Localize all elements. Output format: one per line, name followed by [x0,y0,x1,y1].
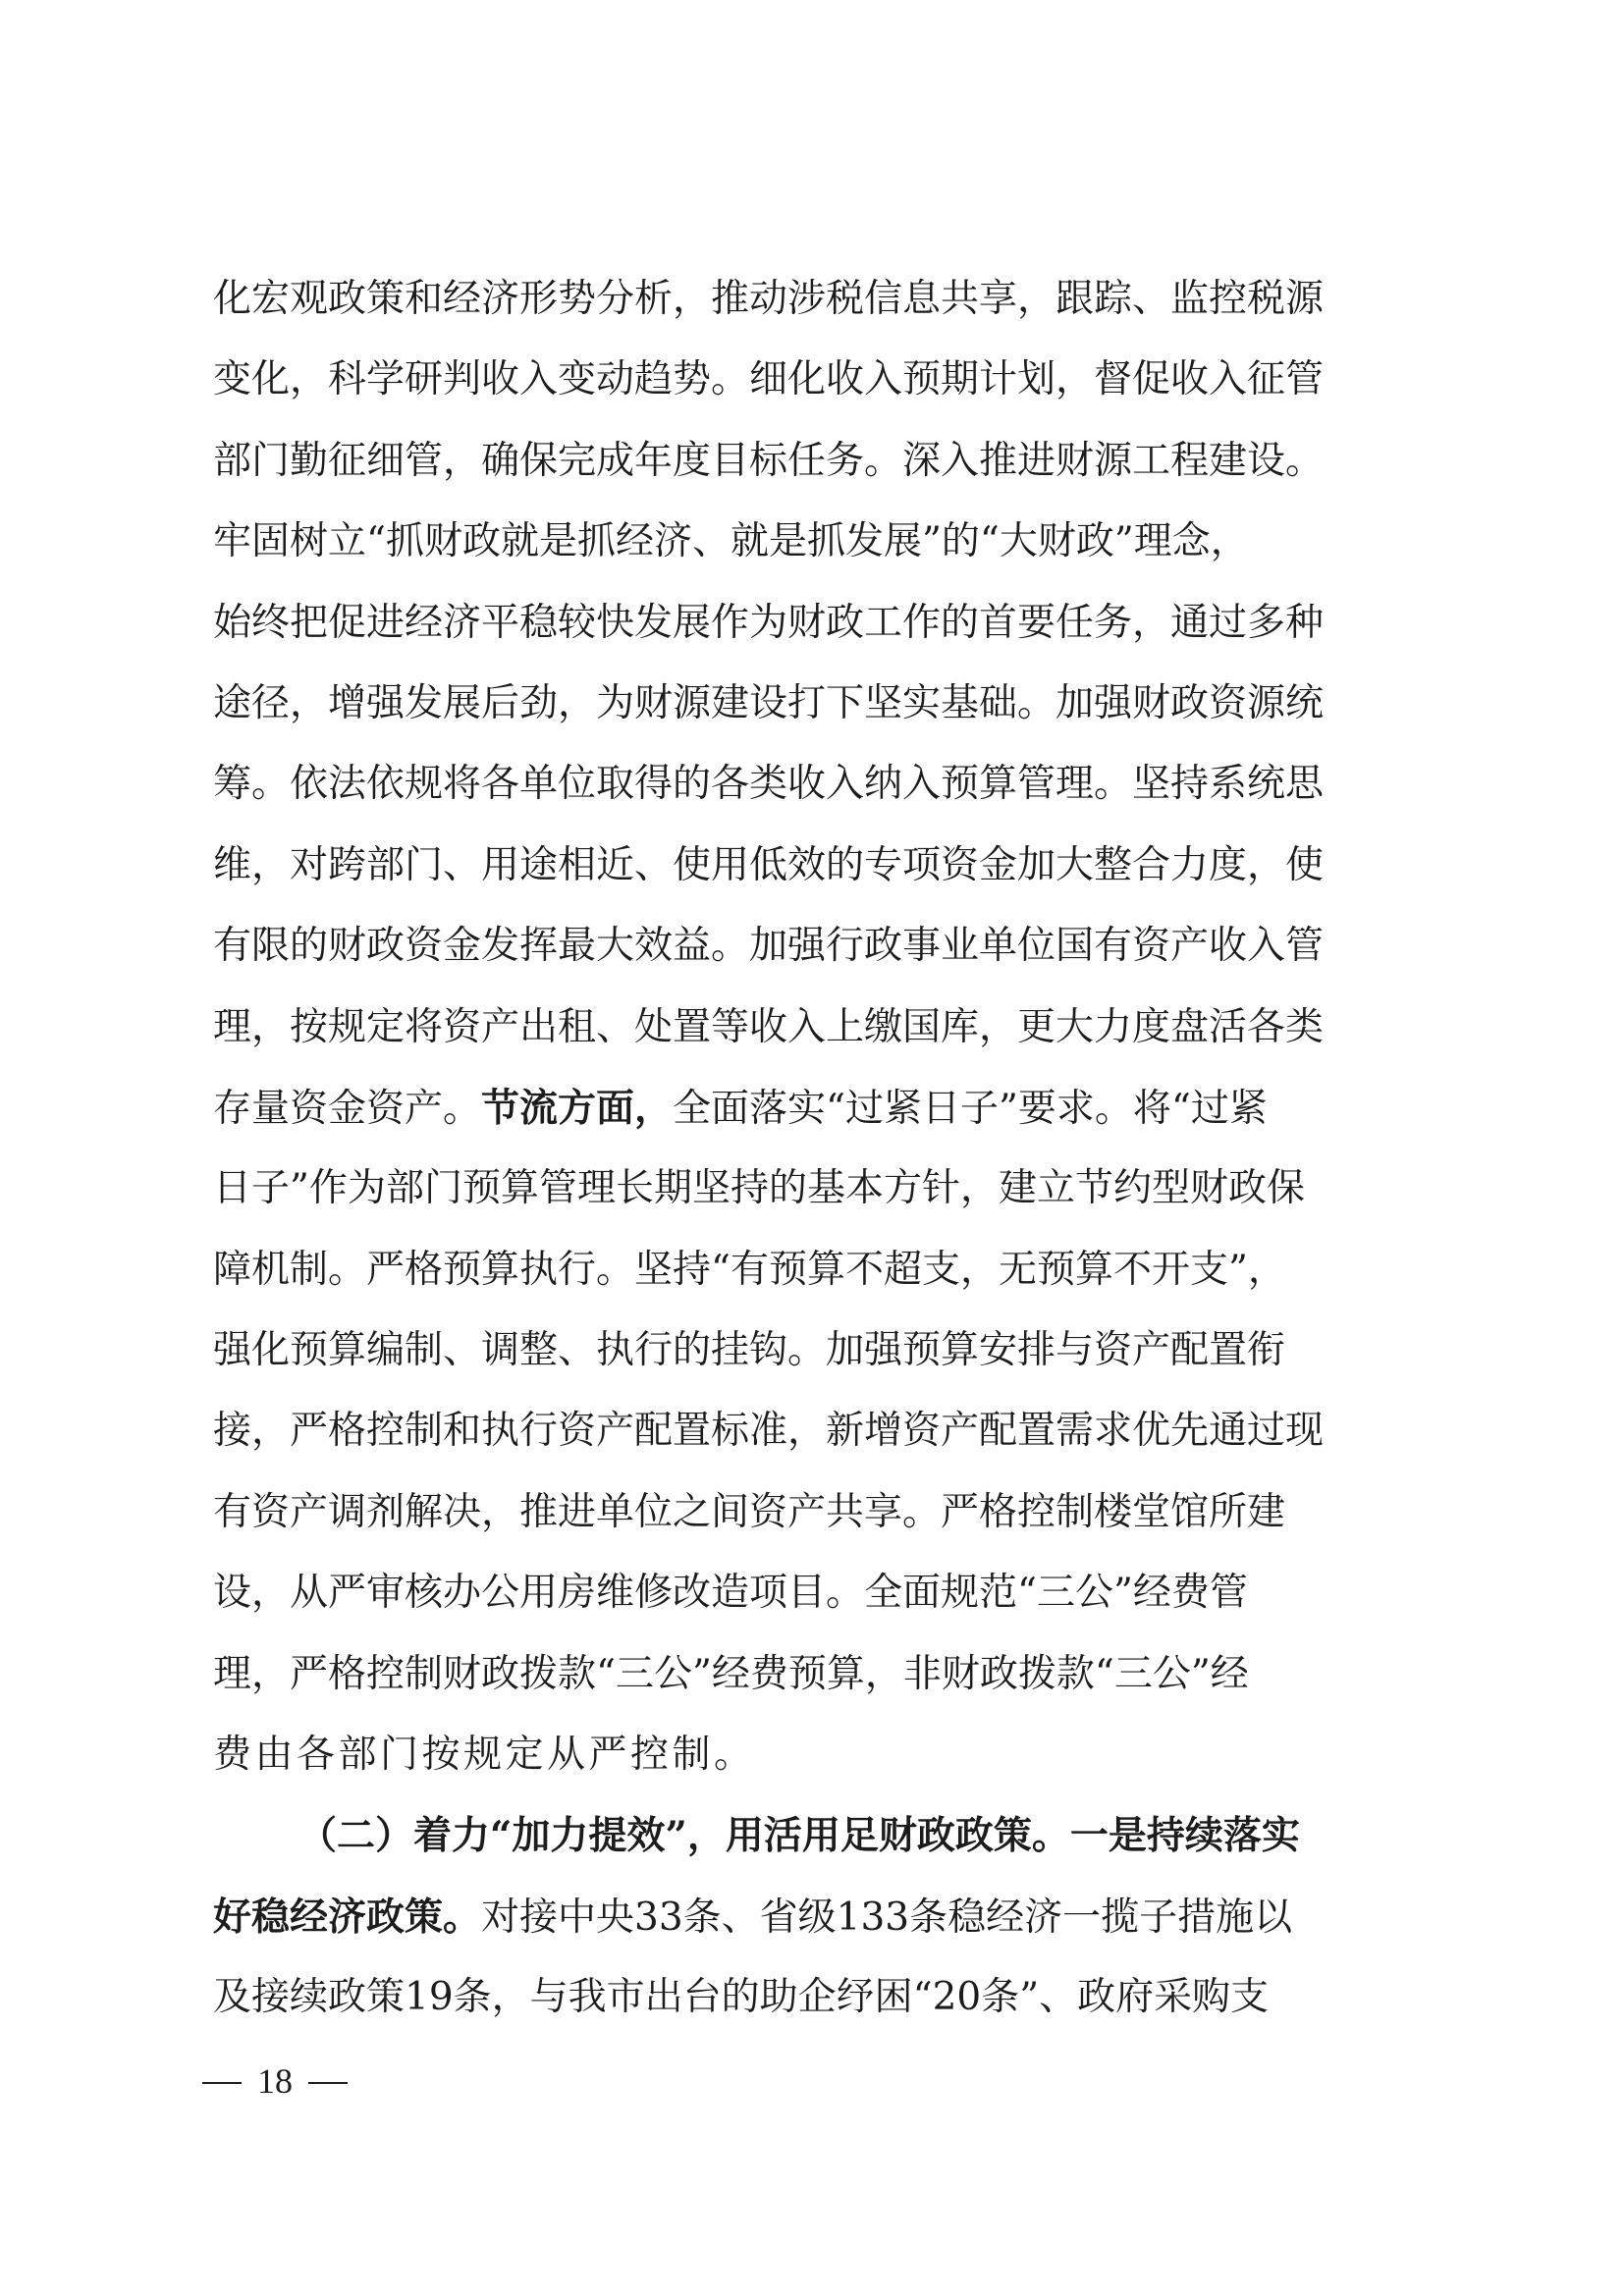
text-segment: 化宏观政策和经济形势分析，推动涉税信息共享，跟踪、监控税源 [213,277,1324,321]
text-segment: 日子”作为部门预算管理长期坚持的基本方针，建立节约型财政保 [213,1166,1305,1210]
text-line: 理，按规定将资产出租、处置等收入上缴国库，更大力度盘活各类 [213,988,1411,1068]
text-line: 筹。依法依规将各单位取得的各类收入纳入预算管理。坚持系统思 [213,744,1411,825]
text-segment: 部门勤征细管，确保完成年度目标任务。深入推进财源工程建设。 [213,439,1324,483]
text-segment: 全面落实“过紧日子”要求。将“过紧 [673,1087,1268,1131]
page-number: 18 [202,2059,348,2103]
page-number-value: 18 [257,2059,293,2103]
text-segment: 途径，增强发展后劲，为财源建设打下坚实基础。加强财政资源统 [213,681,1324,725]
document-page: 化宏观政策和经济形势分析，推动涉税信息共享，跟踪、监控税源 变化，科学研判收入变… [0,0,1624,2296]
text-line: 有限的财政资金发挥最大效益。加强行政事业单位国有资产收入管 [213,906,1411,987]
text-line: 日子”作为部门预算管理长期坚持的基本方针，建立节约型财政保 [213,1148,1411,1229]
page-number-dash-left [202,2082,242,2084]
text-segment: 费由各部门按规定从严控制。 [213,1733,756,1777]
text-segment: 设，从严审核办公用房维修改造项目。全面规范“三公”经费管 [213,1571,1248,1615]
text-line: 及接续政策19条，与我市出台的助企纾困“20条”、政府采购支 [213,1957,1411,2038]
text-line: 部门勤征细管，确保完成年度目标任务。深入推进财源工程建设。 [213,421,1411,502]
section-heading: （二）着力“加力提效”，用活用足财政政策。一是持续落实 [298,1813,1300,1858]
text-segment: 障机制。严格预算执行。坚持“有预算不超支，无预算不开支”， [213,1248,1286,1292]
text-line: 途径，增强发展后劲，为财源建设打下坚实基础。加强财政资源统 [213,664,1411,744]
bold-heading-segment: 节流方面， [481,1086,673,1131]
text-line: 变化，科学研判收入变动趋势。细化收入预期计划，督促收入征管 [213,340,1411,420]
text-segment: 存量资金资产。 [213,1087,481,1131]
text-line: 理，严格控制财政拨款“三公”经费预算，非财政拨款“三公”经 [213,1634,1411,1715]
text-line: 设，从严审核办公用房维修改造项目。全面规范“三公”经费管 [213,1553,1411,1633]
section-heading-line: （二）着力“加力提效”，用活用足财政政策。一是持续落实 [213,1795,1411,1876]
text-segment: 有资产调剂解决，推进单位之间资产共享。严格控制楼堂馆所建 [213,1490,1285,1534]
text-segment: 及接续政策19条，与我市出台的助企纾困“20条”、政府采购支 [213,1975,1269,2019]
bold-heading-segment: 好稳经济政策。 [213,1895,481,1940]
text-segment: 变化，科学研判收入变动趋势。细化收入预期计划，督促收入征管 [213,357,1324,401]
text-segment: 理，严格控制财政拨款“三公”经费预算，非财政拨款“三公”经 [213,1652,1249,1696]
text-segment: 有限的财政资金发挥最大效益。加强行政事业单位国有资产收入管 [213,924,1324,968]
text-segment: 始终把促进经济平稳较快发展作为财政工作的首要任务，通过多种 [213,601,1324,645]
text-line: 障机制。严格预算执行。坚持“有预算不超支，无预算不开支”， [213,1230,1411,1310]
text-line: 化宏观政策和经济形势分析，推动涉税信息共享，跟踪、监控税源 [213,259,1411,340]
body-text: 化宏观政策和经济形势分析，推动涉税信息共享，跟踪、监控税源 变化，科学研判收入变… [213,259,1411,2039]
text-line: 存量资金资产。节流方面，全面落实“过紧日子”要求。将“过紧 [213,1068,1411,1148]
text-segment: 维，对跨部门、用途相近、使用低效的专项资金加大整合力度，使 [213,843,1324,887]
text-line: 始终把促进经济平稳较快发展作为财政工作的首要任务，通过多种 [213,583,1411,664]
text-segment: 理，按规定将资产出租、处置等收入上缴国库，更大力度盘活各类 [213,1005,1324,1049]
page-number-dash-right [308,2082,348,2084]
paragraph-last-line: 费由各部门按规定从严控制。 [213,1715,1411,1795]
text-line: 有资产调剂解决，推进单位之间资产共享。严格控制楼堂馆所建 [213,1472,1411,1553]
text-line: 维，对跨部门、用途相近、使用低效的专项资金加大整合力度，使 [213,826,1411,906]
text-segment: 牢固树立“抓财政就是抓经济、就是抓发展”的“大财政”理念， [213,519,1249,563]
text-segment: 筹。依法依规将各单位取得的各类收入纳入预算管理。坚持系统思 [213,762,1324,806]
text-line: 牢固树立“抓财政就是抓经济、就是抓发展”的“大财政”理念， [213,502,1411,582]
text-segment: 强化预算编制、调整、执行的挂钩。加强预算安排与资产配置衔 [213,1328,1285,1372]
text-line: 接，严格控制和执行资产配置标准，新增资产配置需求优先通过现 [213,1391,1411,1471]
text-line: 强化预算编制、调整、执行的挂钩。加强预算安排与资产配置衔 [213,1310,1411,1391]
text-line: 好稳经济政策。对接中央33条、省级133条稳经济一揽子措施以 [213,1877,1411,1957]
text-segment: 接，严格控制和执行资产配置标准，新增资产配置需求优先通过现 [213,1409,1324,1453]
text-segment: 对接中央33条、省级133条稳经济一揽子措施以 [481,1896,1292,1940]
